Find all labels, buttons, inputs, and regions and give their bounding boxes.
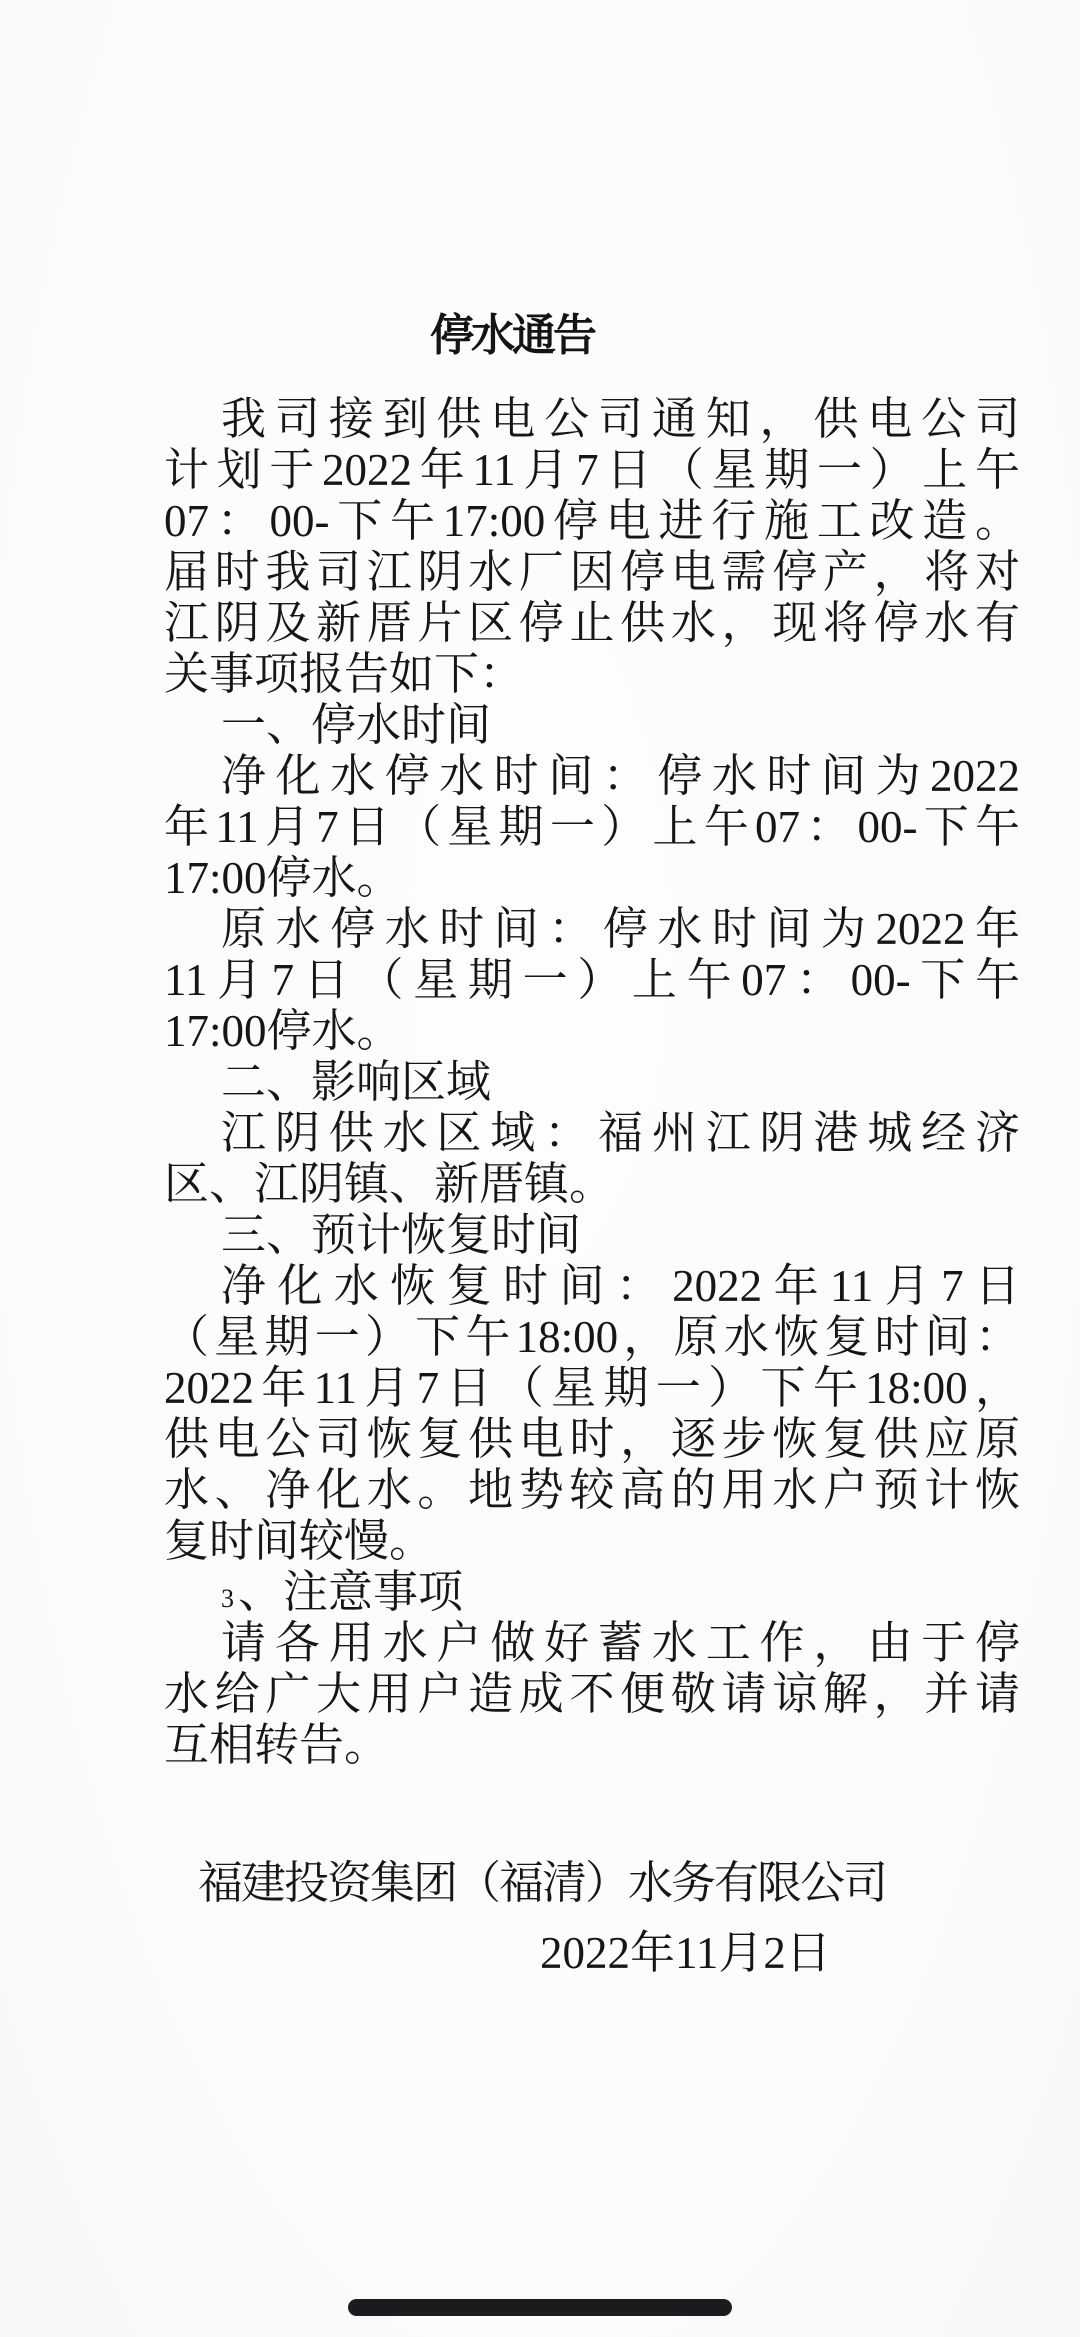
body-line: 区、江阴镇、新厝镇。 [164,1159,1020,1210]
body-line: 复时间较慢。 [164,1516,1020,1567]
body-line: 三、预计恢复时间 [164,1210,1020,1261]
body-line: 水给广大用户造成不便敬请谅解，并请 [164,1669,1020,1720]
body-line: 计划于2022年11月7日（星期一）上午 [164,445,1020,496]
body-line: 水、净化水。地势较高的用水户预计恢 [164,1465,1020,1516]
body-line: 届时我司江阴水厂因停电需停产，将对 [164,547,1020,598]
body-line: 净化水恢复时间：2022年11月7日 [164,1261,1020,1312]
body-line: 请各用水户做好蓄水工作，由于停 [164,1618,1020,1669]
body-line: 互相转告。 [164,1720,1020,1771]
body-line: 二、影响区域 [164,1057,1020,1108]
signature-date: 2022年11月2日 [540,1916,831,1981]
body-line: 11月7日（星期一）上午07：00-下午 [164,955,1020,1006]
body-line: 17:00停水。 [164,853,1020,904]
body-line: 3、注意事项 [164,1567,1020,1618]
small-item-number: 3 [221,1584,238,1613]
body-line: 原水停水时间：停水时间为2022年 [164,904,1020,955]
body-line: 2022年11月7日（星期一）下午18:00， [164,1363,1020,1414]
body-line: 一、停水时间 [164,700,1020,751]
body-line: 年11月7日（星期一）上午07：00-下午 [164,802,1020,853]
body-line: （星期一）下午18:00，原水恢复时间： [164,1312,1020,1363]
body-line: 净化水停水时间：停水时间为2022 [164,751,1020,802]
body-line: 我司接到供电公司通知，供电公司 [164,394,1020,445]
home-indicator-bar[interactable] [348,2299,732,2316]
body-line: 17:00停水。 [164,1006,1020,1057]
body-line: 供电公司恢复供电时，逐步恢复供应原 [164,1414,1020,1465]
notice-body: 我司接到供电公司通知，供电公司计划于2022年11月7日（星期一）上午07：00… [164,394,1020,1771]
signature-company: 福建投资集团（福清）水务有限公司 [198,1846,886,1911]
body-line: 07：00-下午17:00停电进行施工改造。 [164,496,1020,547]
document-page: 停水通告 我司接到供电公司通知，供电公司计划于2022年11月7日（星期一）上午… [0,0,1080,2337]
body-line: 关事项报告如下： [164,649,1020,700]
body-line: 江阴及新厝片区停止供水，现将停水有 [164,598,1020,649]
body-line: 江阴供水区域：福州江阴港城经济 [164,1108,1020,1159]
notice-title: 停水通告 [430,299,594,363]
